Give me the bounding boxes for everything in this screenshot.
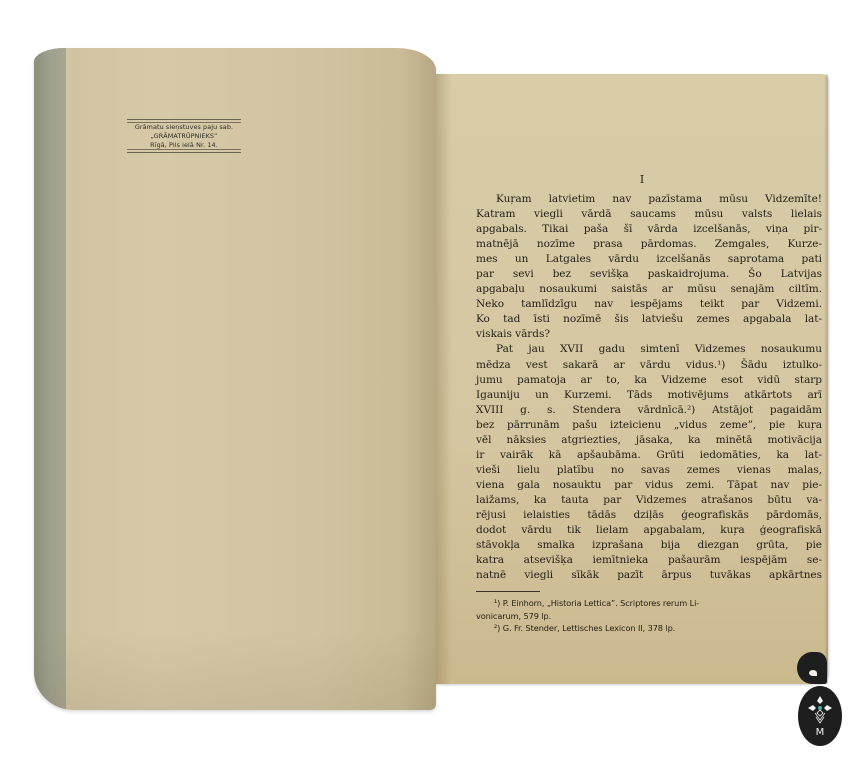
text-line: mēdza vest sakarā ar vārdu vidus.¹) Šādu… [476,358,822,373]
text-line: mes un Latgales vārdu izcelšanās saprota… [476,252,822,267]
body-text: Kuŗam latvietim nav pazīstama mūsu Vidze… [476,192,822,583]
chapter-number: I [462,173,822,187]
bookbinder-label: Grāmatu sieņstuves paju sab. „GRĀMATRŪPN… [127,119,241,153]
footnote-line: ²) G. Fr. Stender, Lettisches Lexicon II… [476,622,822,635]
footnote-line: ¹) P. Einhorn, „Historia Lettica”. Scrip… [476,597,822,610]
gutter-shadow [436,74,452,684]
text-line: matnējā nozīme prasa pārdomas. Zemgales,… [476,237,822,252]
text-line: viskais vārds? [476,327,822,342]
binder-label-line: „GRĀMATRŪPNIEKS” [127,132,241,141]
text-line: Katram viegli vārdā saucams mūsu valsts … [476,207,822,222]
text-line: jumu pamatoja ar to, ka Vidzeme esot vid… [476,373,822,388]
cover-edge [34,48,66,710]
text-line: vēl nāksies atgriezties, jāsaka, ka minē… [476,433,822,448]
text-line: XVIII g. s. Stendera vārdnīcā.²) Atstājo… [476,403,822,418]
text-line: vieši lielu platību no savas zemes viena… [476,463,822,478]
text-line: katra atsevišķa iemītnieka pašaurām iesp… [476,553,822,568]
text-line: Ko tad īsti nozīmē šis latviešu zemes ap… [476,312,822,327]
text-line: dodot vārdu tik lielam apgabalam, kuŗa ģ… [476,523,822,538]
ornament-logo-glyph-icon: M [805,693,835,739]
footnotes: ¹) P. Einhorn, „Historia Lettica”. Scrip… [476,597,822,635]
footnote-divider [476,591,540,592]
text-line: par sevi bez sevišķa paskaidrojuma. Šo L… [476,267,822,282]
spine-shadow [402,48,436,710]
page-text: I Kuŗam latvietim nav pazīstama mūsu Vid… [476,173,822,635]
svg-text:M: M [816,727,825,738]
binder-label-line: Rīgā, Pils ielā Nr. 14. [127,141,241,150]
text-line: natnē viegli sīkāk pazīt ārpus tuvākas a… [476,568,822,583]
footnote-line: vonicarum, 579 lp. [476,610,822,623]
page-curl-shadow [34,630,436,710]
folk-ornament-logo-icon: M [798,686,842,746]
book-photo: Grāmatu sieņstuves paju sab. „GRĀMATRŪPN… [0,0,859,768]
text-line: rējusi ielaisties tādās dziļās ģeografis… [476,508,822,523]
text-line: viena gala nosauktu par vidus zemi. Tāpa… [476,478,822,493]
text-line: Kuŗam latvietim nav pazīstama mūsu Vidze… [476,192,822,207]
corner-watermark-icon [797,652,827,684]
page-edge [824,74,828,684]
text-line: Igauniju un Kurzemi. Tāds motivējums atk… [476,388,822,403]
text-line: bez pārrunām pašu izteicienu „vidus zeme… [476,418,822,433]
text-line: Pat jau XVII gadu simtenī Vidzemes nosau… [476,342,822,357]
text-line: laižams, ka tauta par Vidzemes atrašanos… [476,493,822,508]
text-line: ir vairāk kā apšaubāma. Grūti iedomāties… [476,448,822,463]
text-line: stāvokļa smalka izprašana bija diezgan g… [476,538,822,553]
text-line: Neko tamlīdzīgu nav iespējams teikt par … [476,297,822,312]
text-line: apgabals. Tikai paša šī vārda izcelšanās… [476,222,822,237]
binder-label-line: Grāmatu sieņstuves paju sab. [127,123,241,132]
text-line: apgabaļu nosaukumi saistās ar mūsu senaj… [476,282,822,297]
